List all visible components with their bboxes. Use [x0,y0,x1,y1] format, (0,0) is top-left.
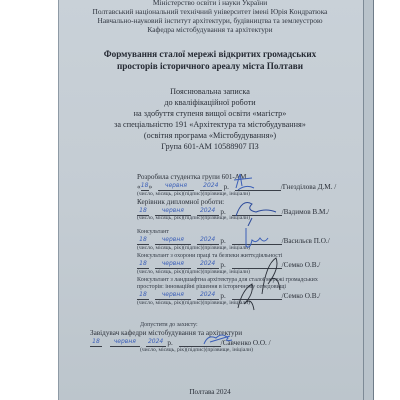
safety-consultant-name: /Семко О.В./ [282,261,321,269]
caption-hint: (число, місяць, рік)(підпис)(прізвище, і… [137,270,250,276]
student-name: /Гнезділова Д.М. / [281,183,337,191]
student-signature-line [235,183,281,191]
safety-consultant-signature-line [232,261,282,269]
department-head-name: /Савченко О.О. / [221,339,271,347]
year-suffix: р. [220,292,225,300]
safety-consultant-role: Консультант з охорони праці та безпеки ж… [137,253,282,259]
consultant-name: /Васильєв П.О./ [282,237,330,245]
university-name: Полтавський національний технічний уніве… [58,8,362,15]
caption-hint: (число, місяць, рік)(підпис)(прізвище, і… [140,348,253,354]
department-head-role: Завідувач кафедри містобудування та архі… [90,330,242,337]
ministry-name: Міністерство освіти і науки України [58,0,362,6]
year-suffix: р. [167,339,172,347]
consultant-date-row: 18 червня 2024 р. /Васильєв П.О./ [137,237,330,245]
landscape-consultant-signature-line [232,292,282,300]
safety-consultant-day: 18 [137,261,149,269]
city-year: Полтава 2024 [58,389,362,396]
year-suffix: р. [220,237,225,245]
landscape-consultant-year: 2024 [197,292,219,300]
department-head-year: 2024 [146,339,166,347]
thesis-title-line-1: Формування сталої мережі відкритих грома… [58,50,362,59]
department-head-date-row: 18 червня 2024 р. /Савченко О.О. / [90,339,271,347]
landscape-consultant-role-2: просторів: інноваційні рішення в історич… [137,284,286,290]
subtitle-line-2: до кваліфікаційної роботи [58,99,362,107]
consultant-day: 18 [137,237,149,245]
subtitle-line-5: (освітня програма «Містобудування») [58,132,362,140]
subtitle-line-3: на здобуття ступеня вищої освіти «магіст… [58,110,362,118]
department-name: Кафедра містобудування та архітектури [58,26,362,33]
landscape-consultant-role: Консультант з ландшафтна архітектура для… [137,277,318,283]
landscape-consultant-month: червня [155,292,191,300]
department-head-month: червня [110,339,140,347]
consultant-signature-line [232,237,282,245]
subtitle-line-4: за спеціальністю 191 «Архітектура та міс… [58,121,362,129]
student-month: червня [158,183,194,191]
caption-hint: (число, місяць, рік)(підпис)(прізвище, і… [137,301,250,307]
student-day: 18 [141,183,149,191]
department-head-day: 18 [90,339,102,347]
safety-consultant-month: червня [155,261,191,269]
caption-hint: (число, місяць, рік)(підпис)(прізвище, і… [137,192,250,198]
caption-hint: (число, місяць, рік)(підпис)(прізвище, і… [137,216,250,222]
consultant-month: червня [155,237,191,245]
safety-consultant-date-row: 18 червня 2024 р. /Семко О.В./ [137,261,320,269]
landscape-consultant-name: /Семко О.В./ [282,292,321,300]
group-code: Група 601-АМ 10588907 ПЗ [58,143,362,151]
document-type: Пояснювальна записка [58,88,362,96]
student-date-row: «18» червня 2024 р. /Гнезділова Д.М. / [137,183,336,191]
caption-hint: (число, місяць, рік)(підпис)(прізвище, і… [137,246,250,252]
year-suffix: р. [220,261,225,269]
landscape-consultant-date-row: 18 червня 2024 р. /Семко О.В./ [137,292,320,300]
consultant-year: 2024 [197,237,219,245]
safety-consultant-year: 2024 [197,261,219,269]
thesis-title-line-2: просторів історичного ареалу міста Полта… [58,62,362,71]
department-head-signature-line [179,339,221,347]
institute-name: Навчально-науковий інститут архітектури,… [58,17,362,24]
student-role: Розробила студентка групи 601-АМ [137,174,246,181]
year-suffix: р. [224,183,229,191]
supervisor-role: Керівник дипломної роботи: [137,199,224,206]
consultant-role: Консультант [137,229,169,235]
landscape-consultant-day: 18 [137,292,149,300]
student-year: 2024 [200,183,222,191]
approval-label: Допустити до захисту: [140,322,198,328]
supervisor-name: /Вадимов В.М./ [282,208,330,216]
